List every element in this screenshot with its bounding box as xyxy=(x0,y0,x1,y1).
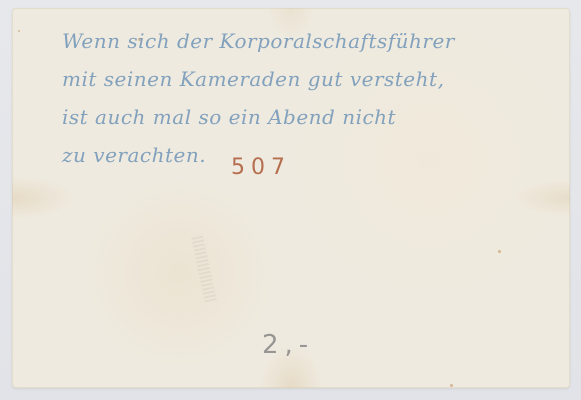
foxing-spot xyxy=(450,384,453,387)
postcard-back: Wenn sich der Korporalschaftsführer mit … xyxy=(12,8,570,388)
handwriting-line-3: ist auch mal so ein Abend nicht xyxy=(62,98,562,136)
foxing-spot xyxy=(18,30,20,32)
faint-embossed-impression xyxy=(191,235,216,302)
handwriting-line-2: mit seinen Kameraden gut versteht, xyxy=(62,60,562,98)
deckled-edge-bottom xyxy=(12,385,570,388)
deckled-edge-right xyxy=(567,8,570,388)
foxing-spot xyxy=(498,250,501,253)
deckled-edge-top xyxy=(12,8,570,11)
stamped-number: 507 xyxy=(231,155,291,180)
handwriting-line-1: Wenn sich der Korporalschaftsführer xyxy=(62,22,562,60)
handwriting-line-4: zu verachten. xyxy=(62,136,562,174)
handwritten-message: Wenn sich der Korporalschaftsführer mit … xyxy=(62,22,562,174)
deckled-edge-left xyxy=(12,8,15,388)
pencil-price-note: 2,- xyxy=(262,330,314,360)
